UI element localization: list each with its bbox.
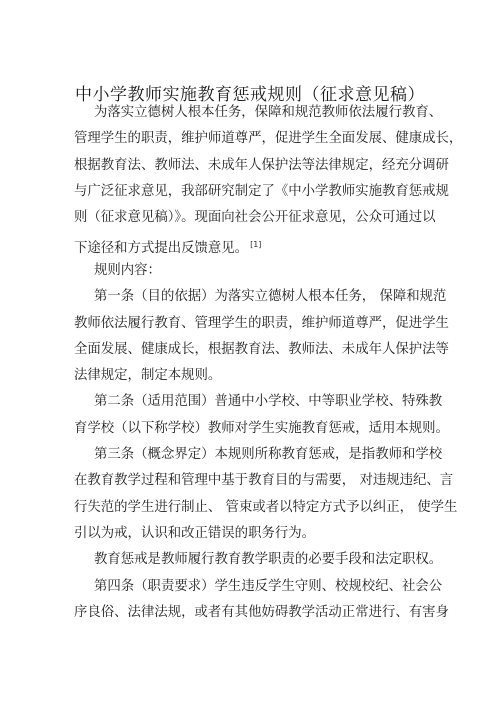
paragraph-line: 行失范的学生进行制止、 管束或者以特定方式予以纠正， 使学生 <box>74 499 457 517</box>
paragraph-line: 教师依法履行教育、管理学生的职责，维护师道尊严，促进学生 <box>74 315 449 333</box>
line-text: 为落实立德树人根本任务，保障和规范教师依法履行教育、 <box>94 105 442 120</box>
line-text: 全面发展、健康成长，根据教育法、教师法、未成年人保护法等 <box>74 342 449 357</box>
line-text: 教育惩戒是教师履行教育教学职责的必要手段和法定职权。 <box>94 552 442 567</box>
footnote-reference-link[interactable]: [1] <box>250 240 261 249</box>
paragraph-line: 根据教育法、教师法、未成年人保护法等法律规定，经充分调研 <box>74 157 449 175</box>
paragraph-line: 下途径和方式提出反馈意见。[1] <box>74 236 261 258</box>
line-text: 规则内容： <box>94 263 161 278</box>
document-title: 中小学教师实施教育惩戒规则（征求意见稿） <box>0 80 500 105</box>
paragraph-line: 在教育教学过程和管理中基于教育目的与需要， 对违规违纪、言 <box>74 472 453 490</box>
paragraph-line: 育学校（以下称学校）教师对学生实施教育惩戒，适用本规则。 <box>74 420 449 438</box>
line-text: 与广泛征求意见，我部研究制定了《中小学教师实施教育惩戒规 <box>74 184 449 199</box>
paragraph-line: 教育惩戒是教师履行教育教学职责的必要手段和法定职权。 <box>94 551 442 569</box>
paragraph-line: 法律规定，制定本规则。 <box>74 367 221 385</box>
line-text: 在教育教学过程和管理中基于教育目的与需要， 对违规违纪、言 <box>74 473 453 488</box>
paragraph-line: 管理学生的职责，维护师道尊严，促进学生全面发展、健康成长， <box>74 130 462 148</box>
paragraph-line: 第二条（适用范围）普通中小学校、中等职业学校、特殊教 <box>94 393 442 411</box>
line-text: 下途径和方式提出反馈意见。 <box>74 241 248 256</box>
line-text: 根据教育法、教师法、未成年人保护法等法律规定，经充分调研 <box>74 158 449 173</box>
line-text: 则（征求意见稿）》。现面向社会公开征求意见，公众可通过以 <box>74 210 436 225</box>
line-text: 教师依法履行教育、管理学生的职责，维护师道尊严，促进学生 <box>74 316 449 331</box>
line-text: 第一条（目的依据）为落实立德树人根本任务， 保障和规范 <box>94 289 446 304</box>
document-page: 中小学教师实施教育惩戒规则（征求意见稿） 为落实立德树人根本任务，保障和规范教师… <box>0 0 500 708</box>
paragraph-line: 为落实立德树人根本任务，保障和规范教师依法履行教育、 <box>94 104 442 122</box>
line-text: 序良俗、法律法规，或者有其他妨碍教学活动正常进行、有害身 <box>74 605 449 620</box>
paragraph-line: 规则内容： <box>94 262 161 280</box>
line-text: 第三条（概念界定）本规则所称教育惩戒，是指教师和学校 <box>94 447 442 462</box>
paragraph-line: 第三条（概念界定）本规则所称教育惩戒，是指教师和学校 <box>94 446 442 464</box>
line-text: 育学校（以下称学校）教师对学生实施教育惩戒，适用本规则。 <box>74 421 449 436</box>
line-text: 第四条（职责要求）学生违反学生守则、校规校纪、社会公 <box>94 579 442 594</box>
paragraph-line: 第一条（目的依据）为落实立德树人根本任务， 保障和规范 <box>94 288 446 306</box>
line-text: 法律规定，制定本规则。 <box>74 368 221 383</box>
line-text: 引以为戒，认识和改正错误的职务行为。 <box>74 526 315 541</box>
line-text: 行失范的学生进行制止、 管束或者以特定方式予以纠正， 使学生 <box>74 500 457 515</box>
paragraph-line: 与广泛征求意见，我部研究制定了《中小学教师实施教育惩戒规 <box>74 183 449 201</box>
paragraph-line: 引以为戒，认识和改正错误的职务行为。 <box>74 525 315 543</box>
paragraph-line: 全面发展、健康成长，根据教育法、教师法、未成年人保护法等 <box>74 341 449 359</box>
paragraph-line: 第四条（职责要求）学生违反学生守则、校规校纪、社会公 <box>94 578 442 596</box>
paragraph-line: 序良俗、法律法规，或者有其他妨碍教学活动正常进行、有害身 <box>74 604 449 622</box>
line-text: 第二条（适用范围）普通中小学校、中等职业学校、特殊教 <box>94 394 442 409</box>
paragraph-line: 则（征求意见稿）》。现面向社会公开征求意见，公众可通过以 <box>74 209 436 227</box>
line-text: 管理学生的职责，维护师道尊严，促进学生全面发展、健康成长， <box>74 131 462 146</box>
